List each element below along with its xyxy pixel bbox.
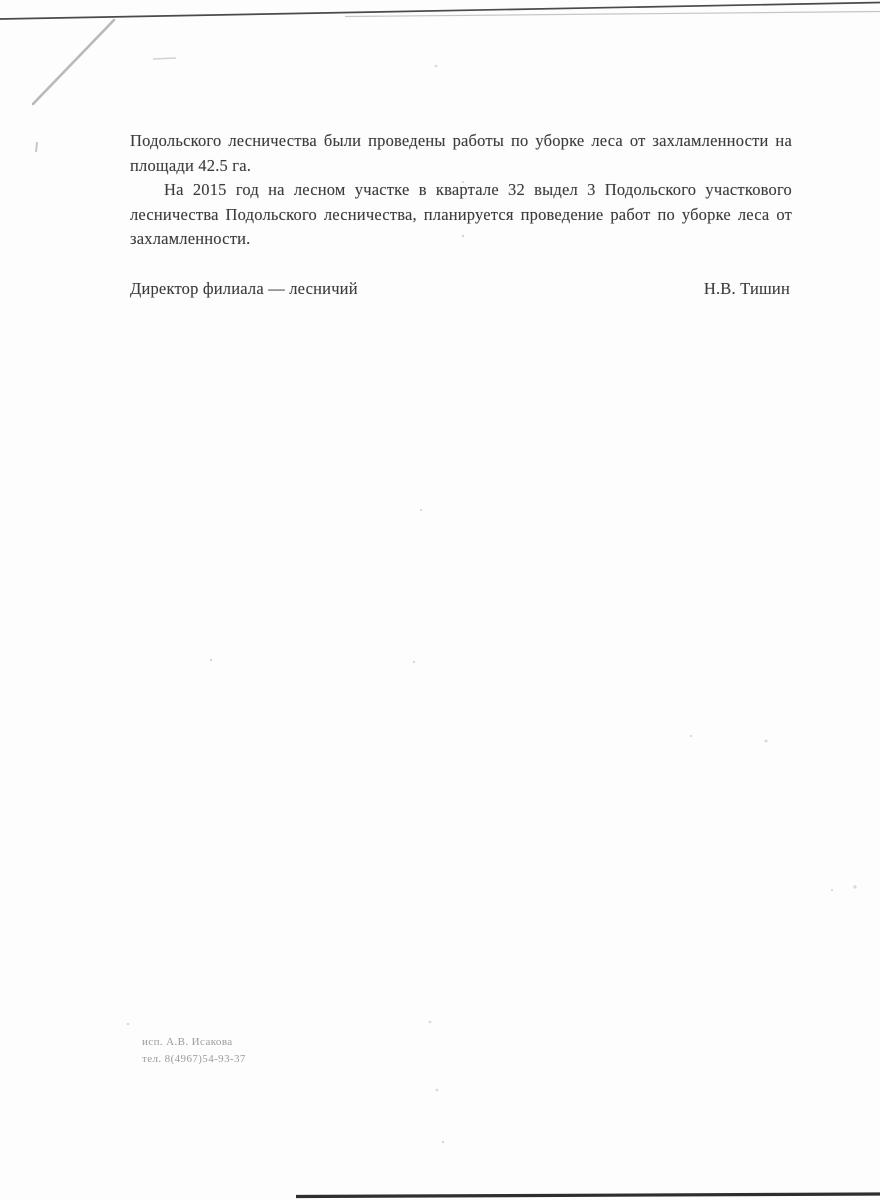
scan-artifact-diagonal-streak — [33, 20, 114, 104]
paragraph-line: Подольского лесничества были проведены р… — [130, 129, 792, 154]
scan-artifact-margin-mark — [36, 142, 37, 152]
paragraph-line: лесничества Подольского лесничества, пла… — [130, 203, 792, 228]
executor-name-line: исп. А.В. Исакова — [142, 1034, 246, 1051]
signature-row: Директор филиала — лесничий Н.В. Тишин — [130, 279, 790, 299]
scan-artifact-top-faint-line — [345, 12, 880, 17]
scan-artifact-top-edge-line — [0, 3, 880, 20]
paragraph-line: площади 42.5 га. — [130, 154, 792, 179]
executor-footer: исп. А.В. Исакова тел. 8(4967)54-93-37 — [142, 1034, 246, 1067]
paragraph-line: захламленности. — [130, 227, 792, 252]
document-body: Подольского лесничества были проведены р… — [130, 129, 792, 252]
scanned-document-page: Подольского лесничества были проведены р… — [0, 0, 880, 1200]
signature-title: Директор филиала — лесничий — [130, 279, 358, 299]
scan-artifact-dash — [153, 58, 176, 59]
executor-phone-line: тел. 8(4967)54-93-37 — [142, 1051, 246, 1068]
signature-name: Н.В. Тишин — [704, 279, 790, 299]
paragraph-line: На 2015 год на лесном участке в квартале… — [130, 178, 792, 203]
scan-artifact-bottom-edge-line — [296, 1194, 880, 1197]
